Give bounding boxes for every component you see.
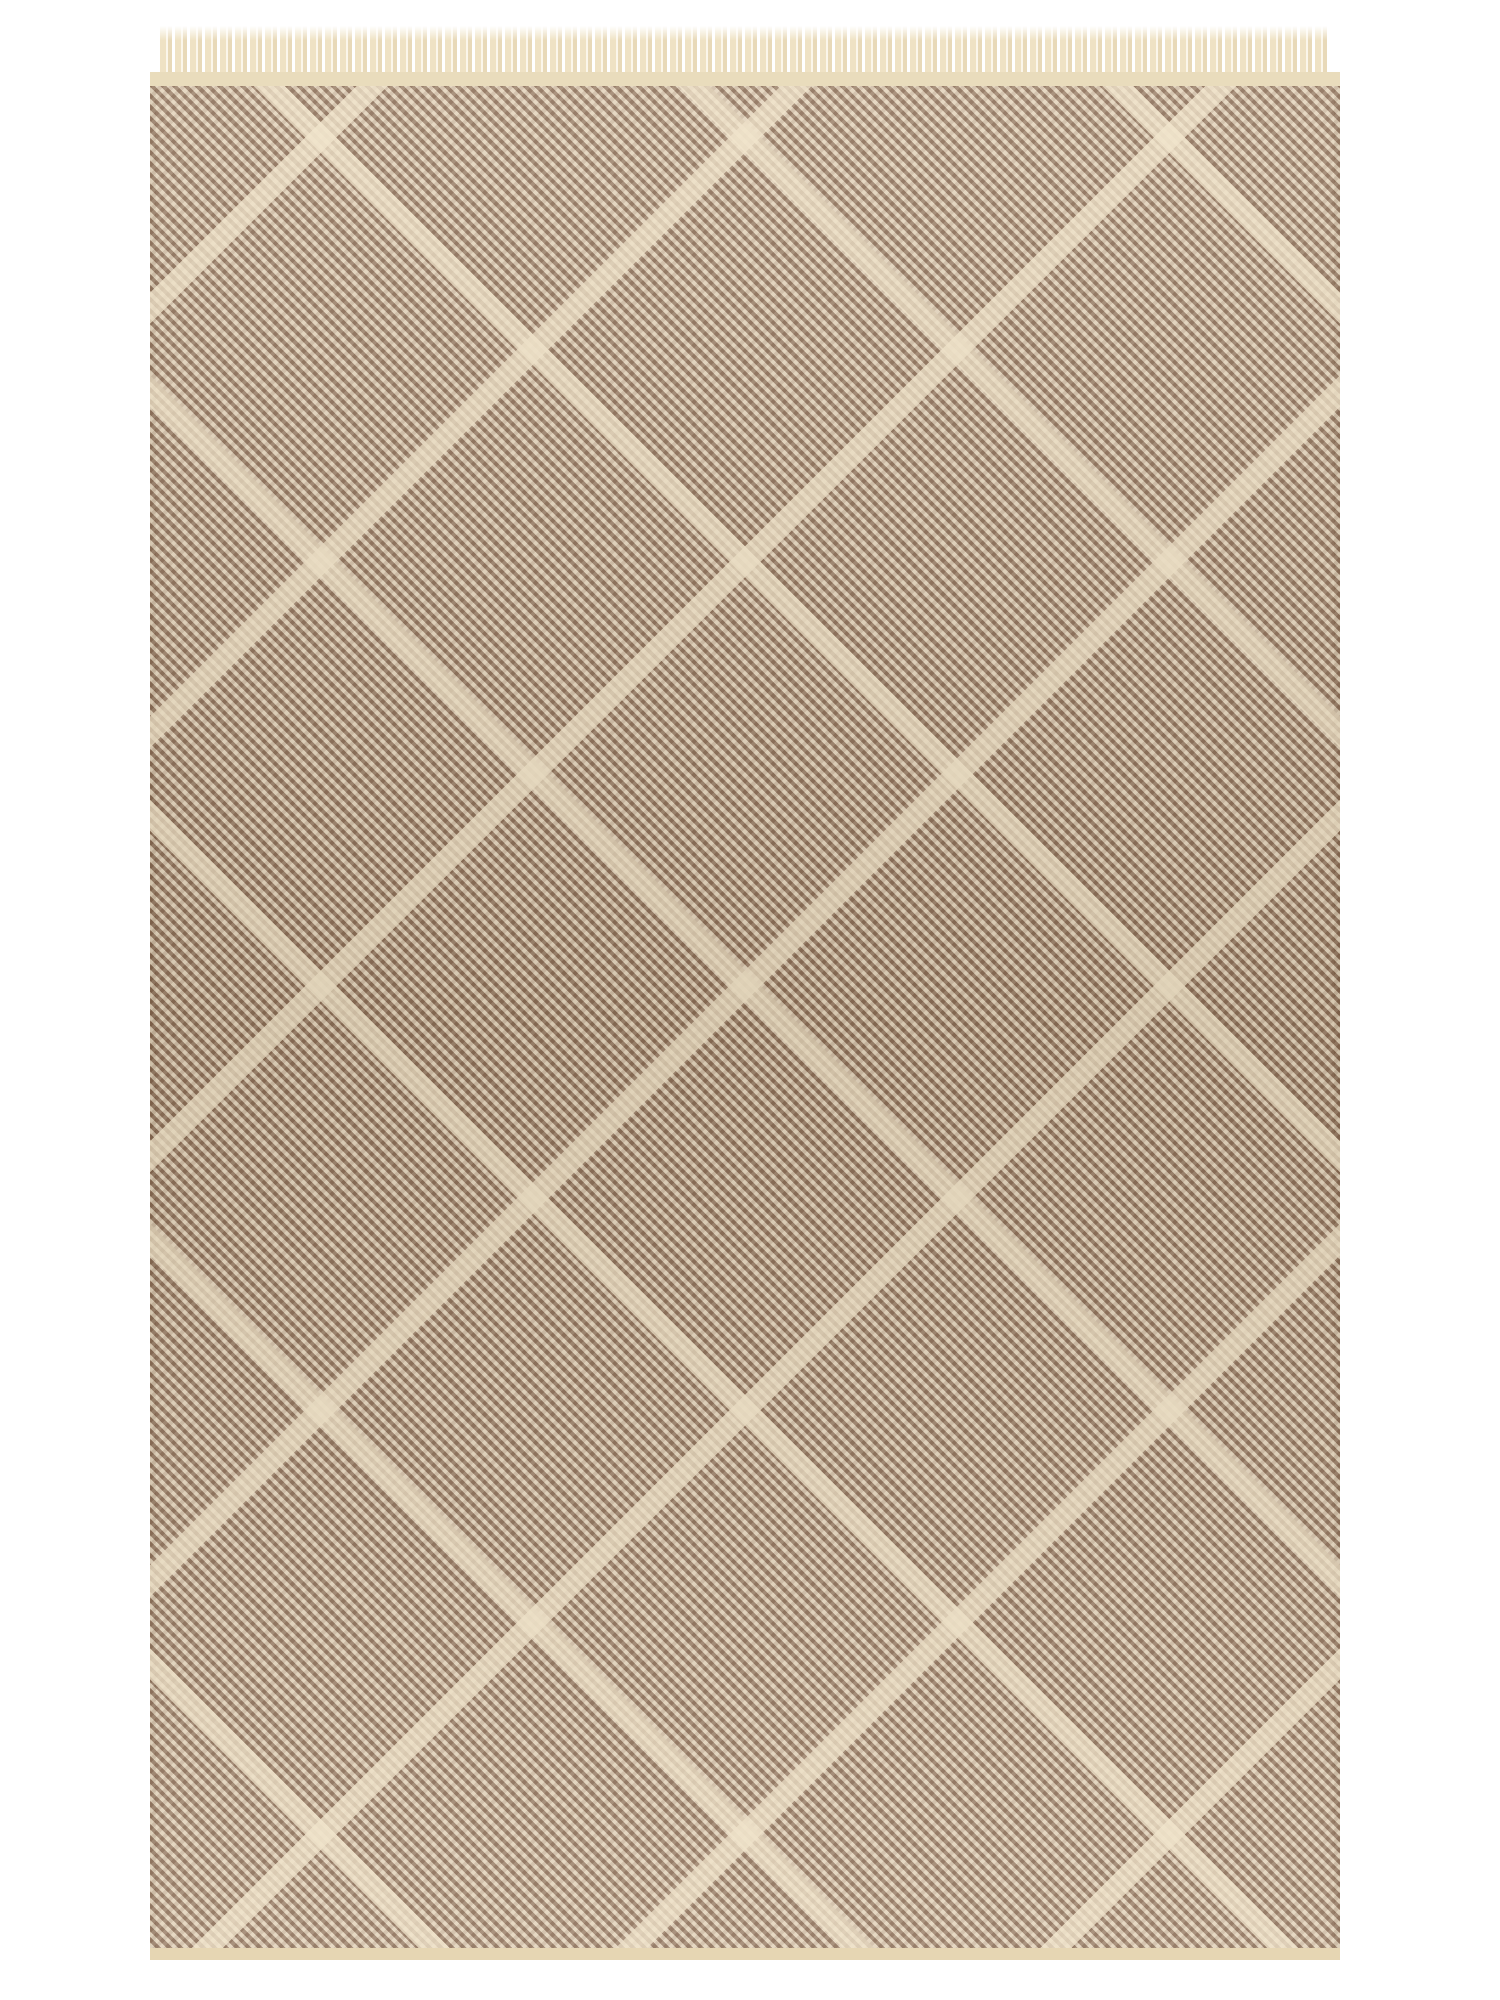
- lighting-overlay: [150, 86, 1340, 1948]
- rug-fringe: [160, 20, 1330, 78]
- rug-photo: Woven flatweave rug with diamond lattice…: [150, 20, 1340, 1960]
- rug-body: [150, 72, 1340, 1960]
